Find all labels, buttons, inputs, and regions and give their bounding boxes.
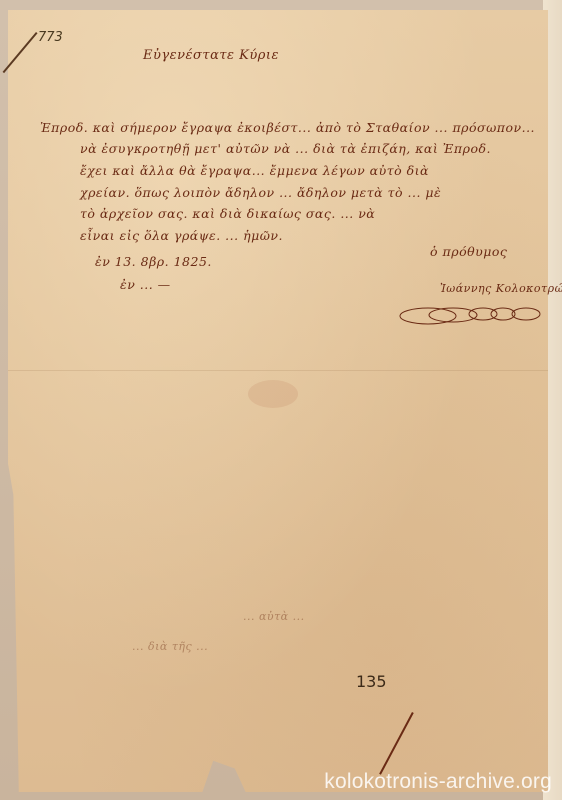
date-line: ἐν 13. 8βρ. 1825.	[95, 254, 212, 269]
signature: Ἰωάννης Κολοκοτρώνης	[440, 282, 562, 295]
body-line-1: Ἐπροδ. καὶ σήμερον ἔγραψα ἐκοιβέστ... ἀπ…	[40, 120, 535, 135]
body-line-6: εἶναι εἰς ὅλα γράψε. ... ἡμῶν.	[80, 228, 283, 243]
body-line-5: τὸ ἀρχεῖον σας. καὶ διὰ δικαίως σας. ...…	[80, 206, 375, 221]
closing: ὁ πρόθυμος	[430, 244, 507, 259]
signature-flourish-icon	[398, 302, 548, 328]
paper-stain	[248, 380, 298, 408]
body-line-4: χρείαν. ὅπως λοιπὸν ἄδηλον ... ἄδηλον με…	[80, 185, 441, 200]
faint-text-2: ... διὰ τῆς ...	[132, 640, 208, 653]
body-line-3: ἔχει καὶ ἄλλα θὰ ἔγραψα... ἔμμενα λέγων …	[80, 163, 429, 178]
place-line: ἐν ... —	[120, 277, 171, 292]
fold-line	[8, 370, 548, 371]
archive-number: 773	[38, 30, 63, 45]
watermark: kolokotronis-archive.org	[324, 770, 552, 794]
salutation: Εὐγενέστατε Κύριε	[143, 48, 279, 63]
faint-text-1: ... αὐτὰ ...	[243, 610, 305, 623]
reference-number: 135	[356, 672, 387, 691]
body-line-2: νὰ ἐσυγκροτηθῇ μετ' αὐτῶν νὰ ... διὰ τὰ …	[80, 141, 491, 156]
